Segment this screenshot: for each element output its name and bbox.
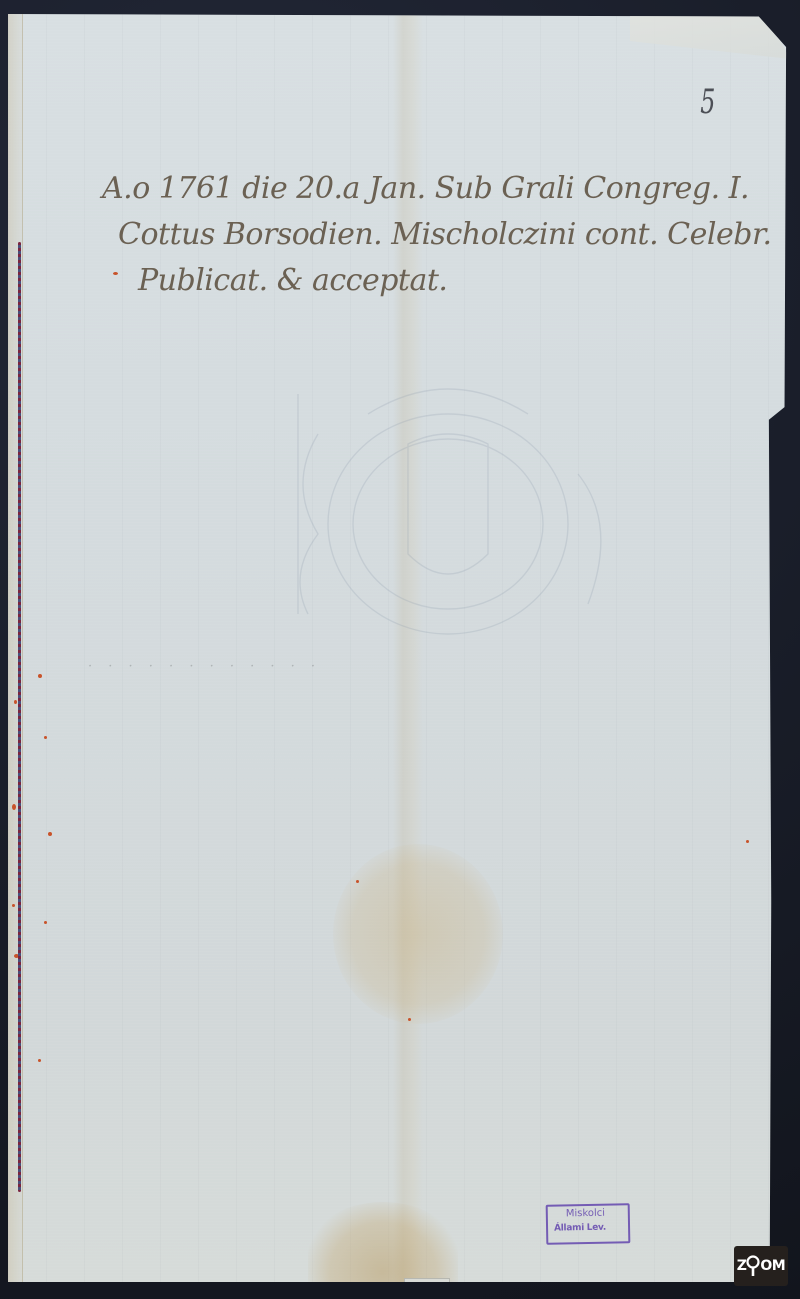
water-stain [333,844,503,1024]
manuscript-text: A.o 1761 die 20.a Jan. Sub Grali Congreg… [102,166,762,304]
manuscript-line: Cottus Borsodien. Mischolczini cont. Cel… [102,212,762,258]
zoom-letters-om: OM [760,1258,785,1274]
manuscript-line: A.o 1761 die 20.a Jan. Sub Grali Congreg… [102,166,762,212]
zoom-logo: Z OM [737,1255,786,1277]
page-number: 5 [700,82,715,122]
watermark-crest-icon [258,354,638,654]
stamp-line-1: Miskolci [566,1208,605,1220]
zoom-button[interactable]: Z OM [734,1246,788,1286]
archive-stamp: Miskolci Állami Lev. [546,1203,631,1244]
stamp-line-2: Állami Lev. [554,1223,606,1234]
magnifier-icon [745,1255,761,1277]
binding-thread [18,242,21,1192]
bleed-through-text: · · · · · · · · · · · · [88,659,568,683]
manuscript-line: Publicat. & acceptat. [102,258,762,304]
